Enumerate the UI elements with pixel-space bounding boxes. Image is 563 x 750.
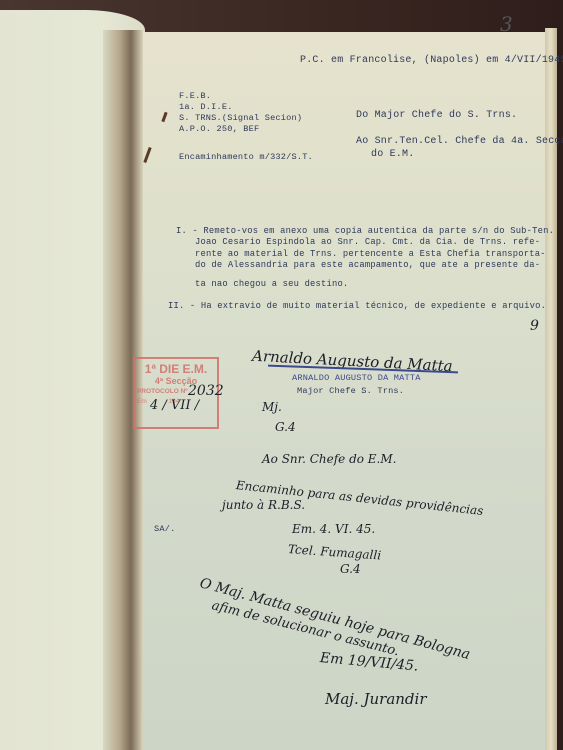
sender-line: A.P.O. 250, BEF xyxy=(179,124,259,134)
item2-line: II. - Ha extravio de muito material técn… xyxy=(168,301,546,311)
item1-line: ta nao chegou a seu destino. xyxy=(195,279,348,289)
item1-line: I. - Remeto-vos em anexo uma copia auten… xyxy=(176,226,554,236)
sender-line: 1a. D.I.E. xyxy=(179,102,233,112)
page-number: 3 xyxy=(500,12,513,36)
date-note: Em. 4. VI. 45. xyxy=(292,522,375,536)
typist-initials: SA/. xyxy=(154,524,175,534)
sender-line: S. TRNS.(Signal Secion) xyxy=(179,113,302,123)
stamp-date: 4 / VII / xyxy=(150,398,199,413)
sender-line: F.E.B. xyxy=(179,91,211,101)
forward-note: junto à R.B.S. xyxy=(222,498,305,512)
stamp-line: 1ª DIE E.M. xyxy=(135,362,217,376)
item1-line: do de Alessandria para este acampamento,… xyxy=(195,260,540,270)
place-date: P.C. em Francolise, (Napoles) em 4/VII/1… xyxy=(300,55,563,66)
signer-initials: G.4 xyxy=(340,562,361,576)
dispatch-signature: Maj. Jurandir xyxy=(325,690,427,708)
to-chief-note: Ao Snr. Chefe do E.M. xyxy=(262,452,396,466)
stamp-protocol-number: 2032 xyxy=(188,383,224,399)
typed-name: ARNALDO AUGUSTO DA MATTA xyxy=(292,373,421,383)
item1-line: Joao Cesario Espindola ao Snr. Cap. Cmt.… xyxy=(195,237,540,247)
note-initials: G.4 xyxy=(275,420,296,434)
reference-number: Encaminhamento m/332/S.T. xyxy=(179,152,313,162)
to-line: do E.M. xyxy=(371,149,414,160)
note-mj: Mj. xyxy=(262,400,282,414)
margin-mark: 9 xyxy=(530,318,539,334)
to-line: Ao Snr.Ten.Cel. Chefe da 4a. Secçao xyxy=(356,136,563,147)
item1-line: rente ao material de Trns. pertencente a… xyxy=(195,249,546,259)
typed-title: Major Chefe S. Trns. xyxy=(297,386,404,396)
from-line: Do Major Chefe do S. Trns. xyxy=(356,110,517,121)
